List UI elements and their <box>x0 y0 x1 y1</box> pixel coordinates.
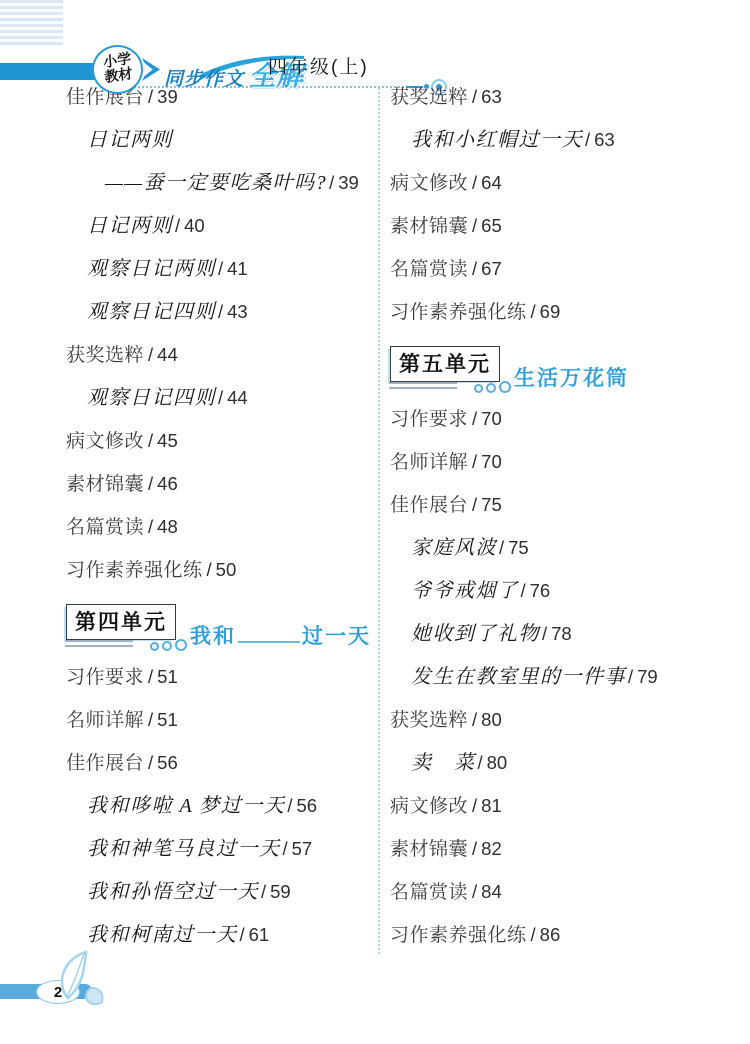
toc-entry-slash: / <box>261 881 266 902</box>
toc-entry-title: 名篇赏读 <box>66 517 144 538</box>
toc-entry-title: 她收到了礼物 <box>411 623 540 645</box>
toc-sub-entry: 日记两则/40 <box>66 213 376 256</box>
toc-entry-page: 63 <box>594 129 615 150</box>
toc-entry-slash: / <box>287 795 292 816</box>
toc-entry-page: 44 <box>227 387 248 408</box>
toc-entry-title: 我和哆啦 A 梦过一天 <box>87 795 285 817</box>
toc-entry: 习作素养强化练/50 <box>66 557 376 600</box>
toc-entry-title: 习作要求 <box>390 409 468 430</box>
toc-sub-entry: 爷爷戒烟了/76 <box>390 578 730 621</box>
toc-entry: 佳作展台/56 <box>66 750 376 793</box>
toc-entry-title: 爷爷戒烟了 <box>411 580 519 602</box>
toc-entry-page: 59 <box>270 881 291 902</box>
toc-entry-page: 39 <box>338 172 359 193</box>
toc-entry-slash: / <box>499 537 504 558</box>
toc-sub-entry: 我和神笔马良过一天/57 <box>66 836 376 879</box>
toc-entry-page: 48 <box>157 516 178 537</box>
toc-entry-title: 观察日记四则 <box>87 301 216 323</box>
toc-entry: 病文修改/64 <box>390 170 730 213</box>
toc-entry-title: 发生在教室里的一件事 <box>411 666 626 688</box>
toc-sub-entry: 我和孙悟空过一天/59 <box>66 879 376 922</box>
toc-entry-slash: / <box>472 881 477 902</box>
toc-entry-title: 病文修改 <box>390 796 468 817</box>
toc-entry-title: 名师详解 <box>66 710 144 731</box>
toc-entry-slash: / <box>472 451 477 472</box>
toc-entry-slash: / <box>148 752 153 773</box>
unit-badge-circles-decoration <box>474 381 511 393</box>
toc-entry-page: 80 <box>487 752 508 773</box>
toc-column-left: 佳作展台/39日记两则——蚕一定要吃桑叶吗?/39日记两则/40观察日记两则/4… <box>66 84 376 965</box>
toc-entry-page: 86 <box>540 924 561 945</box>
publisher-logo-text: 小学教材 <box>102 53 132 87</box>
toc-entry-page: 40 <box>184 215 205 236</box>
toc-entry: 名篇赏读/84 <box>390 879 730 922</box>
toc-entry-title: 病文修改 <box>66 431 144 452</box>
toc-entry-page: 43 <box>227 301 248 322</box>
toc-entry-title: 佳作展台 <box>66 753 144 774</box>
toc-entry-page: 57 <box>292 838 313 859</box>
toc-entry-page: 46 <box>157 473 178 494</box>
toc-entry-page: 75 <box>508 537 529 558</box>
toc-entry-slash: / <box>148 473 153 494</box>
toc-sub-entry: ——蚕一定要吃桑叶吗?/39 <box>66 170 376 213</box>
toc-entry-slash: / <box>531 924 536 945</box>
toc-entry-page: 70 <box>481 408 502 429</box>
book-page: 小学教材 同步作文全解 四年级(上) 佳作展台/39日记两则——蚕一定要吃桑叶吗… <box>0 0 750 1044</box>
grade-label: 四年级(上) <box>268 52 369 79</box>
toc-entry-title: 卖 菜 <box>411 752 476 774</box>
unit-badge: 第五单元 <box>390 346 500 382</box>
toc-entry-slash: / <box>218 258 223 279</box>
toc-entry-page: 51 <box>157 709 178 730</box>
toc-entry-slash: / <box>283 838 288 859</box>
toc-entry-slash: / <box>148 666 153 687</box>
toc-entry: 习作素养强化练/69 <box>390 299 730 342</box>
toc-entry-slash: / <box>148 430 153 451</box>
toc-entry-slash: / <box>542 623 547 644</box>
toc-entry: 获奖选粹/44 <box>66 342 376 385</box>
toc-entry-page: 41 <box>227 258 248 279</box>
corner-stripes-decoration <box>0 0 63 45</box>
fill-in-blank <box>238 627 300 643</box>
toc-entry-page: 70 <box>481 451 502 472</box>
toc-entry-slash: / <box>472 258 477 279</box>
toc-sub-entry: 观察日记两则/41 <box>66 256 376 299</box>
toc-entry-slash: / <box>148 516 153 537</box>
toc-entry-title: 获奖选粹 <box>390 710 468 731</box>
toc-entry-page: 65 <box>481 215 502 236</box>
toc-entry-slash: / <box>628 666 633 687</box>
toc-entry-title: 佳作展台 <box>390 495 468 516</box>
toc-entry: 病文修改/81 <box>390 793 730 836</box>
toc-entry-title: ——蚕一定要吃桑叶吗? <box>105 172 327 194</box>
toc-entry-page: 67 <box>481 258 502 279</box>
toc-sub-entry: 家庭风波/75 <box>390 535 730 578</box>
toc-entry: 获奖选粹/80 <box>390 707 730 750</box>
toc-entry: 名师详解/70 <box>390 449 730 492</box>
toc-sub-entry: 日记两则 <box>66 127 376 170</box>
toc-entry-title: 日记两则 <box>87 129 173 151</box>
toc-entry-slash: / <box>329 172 334 193</box>
toc-entry-slash: / <box>175 215 180 236</box>
publisher-logo: 小学教材 <box>92 45 143 94</box>
unit-title: 生活万花筒 <box>514 362 629 392</box>
unit-badge-lines-decoration <box>389 382 457 391</box>
toc-entry-page: 79 <box>637 666 658 687</box>
toc-entry-title: 我和柯南过一天 <box>87 924 238 946</box>
toc-entry-slash: / <box>207 559 212 580</box>
toc-entry: 习作要求/70 <box>390 406 730 449</box>
toc-entry-slash: / <box>478 752 483 773</box>
toc-entry-page: 51 <box>157 666 178 687</box>
toc-entry-title: 获奖选粹 <box>66 345 144 366</box>
toc-entry: 习作要求/51 <box>66 664 376 707</box>
toc-entry-page: 75 <box>481 494 502 515</box>
toc-entry-title: 我和孙悟空过一天 <box>87 881 259 903</box>
toc-entry-page: 64 <box>481 172 502 193</box>
unit-badge-lines-decoration <box>65 640 133 649</box>
toc-sub-entry: 她收到了礼物/78 <box>390 621 730 664</box>
toc-sub-entry: 观察日记四则/43 <box>66 299 376 342</box>
toc-entry-slash: / <box>472 494 477 515</box>
unit-badge-circles-decoration <box>150 639 187 651</box>
toc-entry-title: 家庭风波 <box>411 537 497 559</box>
toc-entry-page: 76 <box>530 580 551 601</box>
toc-entry-slash: / <box>148 344 153 365</box>
toc-entry-title: 获奖选粹 <box>390 87 468 108</box>
toc-entry-title: 观察日记两则 <box>87 258 216 280</box>
toc-entry-title: 素材锦囊 <box>390 216 468 237</box>
toc-entry: 名师详解/51 <box>66 707 376 750</box>
toc-entry-title: 素材锦囊 <box>390 839 468 860</box>
toc-entry-slash: / <box>472 795 477 816</box>
column-divider <box>378 88 380 954</box>
logo-line2: 教材 <box>104 66 133 85</box>
unit-heading: 第四单元我和过一天 <box>66 604 376 664</box>
toc-sub-entry: 卖 菜/80 <box>390 750 730 793</box>
toc-entry: 获奖选粹/63 <box>390 84 730 127</box>
toc-entry-page: 81 <box>481 795 502 816</box>
toc-entry-page: 44 <box>157 344 178 365</box>
toc-entry-title: 习作素养强化练 <box>390 925 527 946</box>
toc-entry: 素材锦囊/82 <box>390 836 730 879</box>
toc-sub-entry: 观察日记四则/44 <box>66 385 376 428</box>
toc-entry-title: 观察日记四则 <box>87 387 216 409</box>
toc-entry: 习作素养强化练/86 <box>390 922 730 965</box>
toc-entry: 素材锦囊/65 <box>390 213 730 256</box>
toc-sub-entry: 发生在教室里的一件事/79 <box>390 664 730 707</box>
toc-entry-slash: / <box>472 86 477 107</box>
toc-entry-title: 我和神笔马良过一天 <box>87 838 281 860</box>
toc-entry-slash: / <box>218 301 223 322</box>
toc-entry-page: 61 <box>249 924 270 945</box>
toc-column-right: 获奖选粹/63我和小红帽过一天/63病文修改/64素材锦囊/65名篇赏读/67习… <box>390 84 730 965</box>
toc-entry-slash: / <box>218 387 223 408</box>
leaf-icon <box>52 950 118 1010</box>
toc-entry-title: 名篇赏读 <box>390 259 468 280</box>
toc-entry-title: 病文修改 <box>390 173 468 194</box>
toc-entry: 素材锦囊/46 <box>66 471 376 514</box>
toc-entry-title: 习作素养强化练 <box>390 302 527 323</box>
toc-entry-slash: / <box>472 838 477 859</box>
toc-entry-page: 82 <box>481 838 502 859</box>
chevron-icon <box>142 58 160 81</box>
toc-entry-title: 素材锦囊 <box>66 474 144 495</box>
toc-entry-slash: / <box>148 86 153 107</box>
unit-heading: 第五单元生活万花筒 <box>390 346 730 406</box>
toc-entry-page: 78 <box>551 623 572 644</box>
toc-entry-page: 84 <box>481 881 502 902</box>
toc-entry-page: 69 <box>540 301 561 322</box>
toc-entry-slash: / <box>521 580 526 601</box>
toc-entry-page: 63 <box>481 86 502 107</box>
toc-entry-title: 名师详解 <box>390 452 468 473</box>
toc-sub-entry: 我和小红帽过一天/63 <box>390 127 730 170</box>
unit-title: 我和过一天 <box>190 620 371 650</box>
toc-entry-slash: / <box>472 709 477 730</box>
toc-entry-slash: / <box>472 172 477 193</box>
toc-sub-entry: 我和哆啦 A 梦过一天/56 <box>66 793 376 836</box>
toc-entry-page: 45 <box>157 430 178 451</box>
toc-entry-title: 名篇赏读 <box>390 882 468 903</box>
unit-badge: 第四单元 <box>66 604 176 640</box>
toc-entry-slash: / <box>585 129 590 150</box>
toc-entry-page: 56 <box>157 752 178 773</box>
toc-entry: 名篇赏读/48 <box>66 514 376 557</box>
toc-entry-page: 80 <box>481 709 502 730</box>
toc-entry: 佳作展台/75 <box>390 492 730 535</box>
toc-entry-slash: / <box>531 301 536 322</box>
toc-entry-title: 习作素养强化练 <box>66 560 203 581</box>
toc-entry-slash: / <box>472 408 477 429</box>
series-title-main: 同步作文 <box>164 69 244 90</box>
toc-entry-slash: / <box>472 215 477 236</box>
toc-entry: 病文修改/45 <box>66 428 376 471</box>
toc-entry-title: 日记两则 <box>87 215 173 237</box>
toc-entry-page: 56 <box>297 795 318 816</box>
toc-entry-slash: / <box>240 924 245 945</box>
toc-entry-title: 习作要求 <box>66 667 144 688</box>
toc-entry-slash: / <box>148 709 153 730</box>
header-bar <box>0 63 98 80</box>
toc-entry-page: 50 <box>216 559 237 580</box>
toc-entry: 名篇赏读/67 <box>390 256 730 299</box>
toc-entry-title: 我和小红帽过一天 <box>411 129 583 151</box>
